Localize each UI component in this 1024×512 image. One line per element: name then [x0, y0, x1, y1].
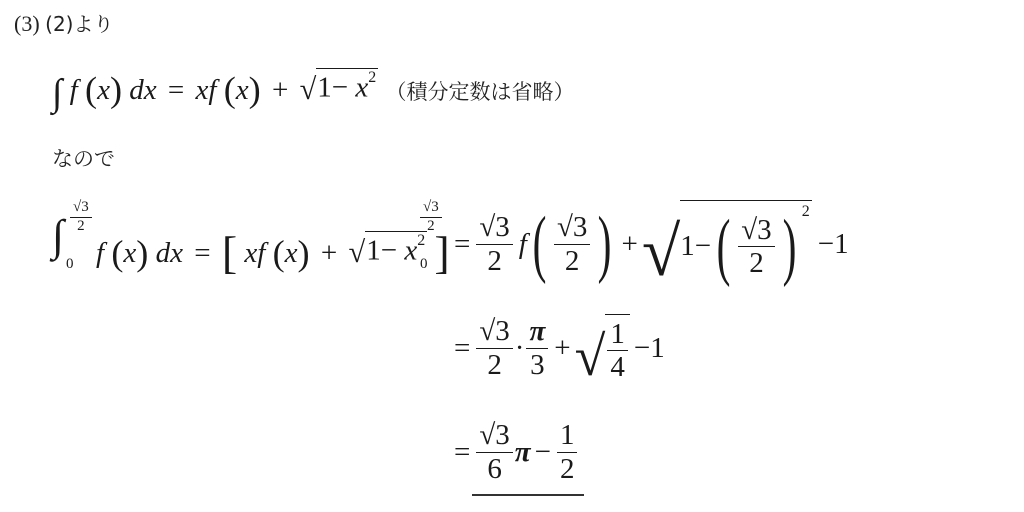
- fraction: √32: [476, 212, 512, 276]
- integration-constant-note: （積分定数は省略）: [386, 80, 575, 104]
- lower-limit: 0: [66, 256, 74, 273]
- minus-sign: −: [535, 436, 551, 469]
- evaluation-step-1: = √32 f ( √32 ) + √ 1− ( √32 ) 2 −1: [450, 196, 849, 292]
- equals-sign: =: [454, 332, 470, 365]
- antiderivative-equation: ∫ f (x) dx = xf (x) + √1− x2 （積分定数は省略）: [52, 68, 575, 115]
- function-f: f: [70, 74, 78, 106]
- large-square-root: √ 1− ( √32 ) 2: [642, 204, 812, 284]
- pi-symbol: π: [515, 436, 531, 469]
- eval-lower-limit: 0: [420, 256, 428, 273]
- plus-sign: +: [621, 228, 637, 261]
- bracket-open: [: [222, 227, 237, 278]
- eval-upper-limit: √32: [420, 200, 442, 235]
- equals-sign: =: [454, 436, 470, 469]
- bracket-close: ]: [434, 227, 449, 278]
- equals-sign: =: [454, 228, 470, 261]
- function-f: f: [519, 228, 527, 261]
- variable-x: x: [196, 74, 209, 106]
- differential: dx: [156, 237, 183, 269]
- differential: dx: [129, 74, 156, 106]
- evaluation-step-2: = √32 · π3 + √ 14 −1: [450, 308, 665, 388]
- problem-number: (3): [14, 11, 40, 36]
- multiplication-dot: ·: [515, 332, 525, 365]
- upper-limit: √32: [70, 200, 92, 235]
- minus-one: −1: [818, 228, 849, 261]
- square-root: √1− x2: [348, 231, 427, 267]
- square-root: √1− x2: [300, 68, 379, 104]
- variable-x: x: [97, 74, 110, 106]
- minus-one: −1: [634, 332, 665, 365]
- definite-integral: ∫ √32 0 f (x) dx = [ xf (x) + √1− x2 ] √…: [52, 200, 452, 280]
- connector-text: なので: [52, 143, 115, 173]
- function-f: f: [208, 74, 216, 106]
- plus-sign: +: [272, 74, 288, 106]
- integral-sign: ∫: [52, 72, 62, 114]
- heading: (3) (2)より: [14, 8, 114, 37]
- answer-underline: [472, 494, 584, 496]
- square-root: √ 14: [575, 314, 630, 383]
- equals-sign: =: [194, 237, 210, 269]
- plus-sign: +: [554, 332, 570, 365]
- reference-text: (2)より: [45, 12, 113, 36]
- equals-sign: =: [168, 74, 184, 106]
- final-answer: = √36 π − 12: [450, 412, 579, 492]
- function-f: f: [96, 237, 104, 269]
- fraction: √32: [554, 212, 590, 276]
- integral-sign: ∫: [52, 210, 64, 261]
